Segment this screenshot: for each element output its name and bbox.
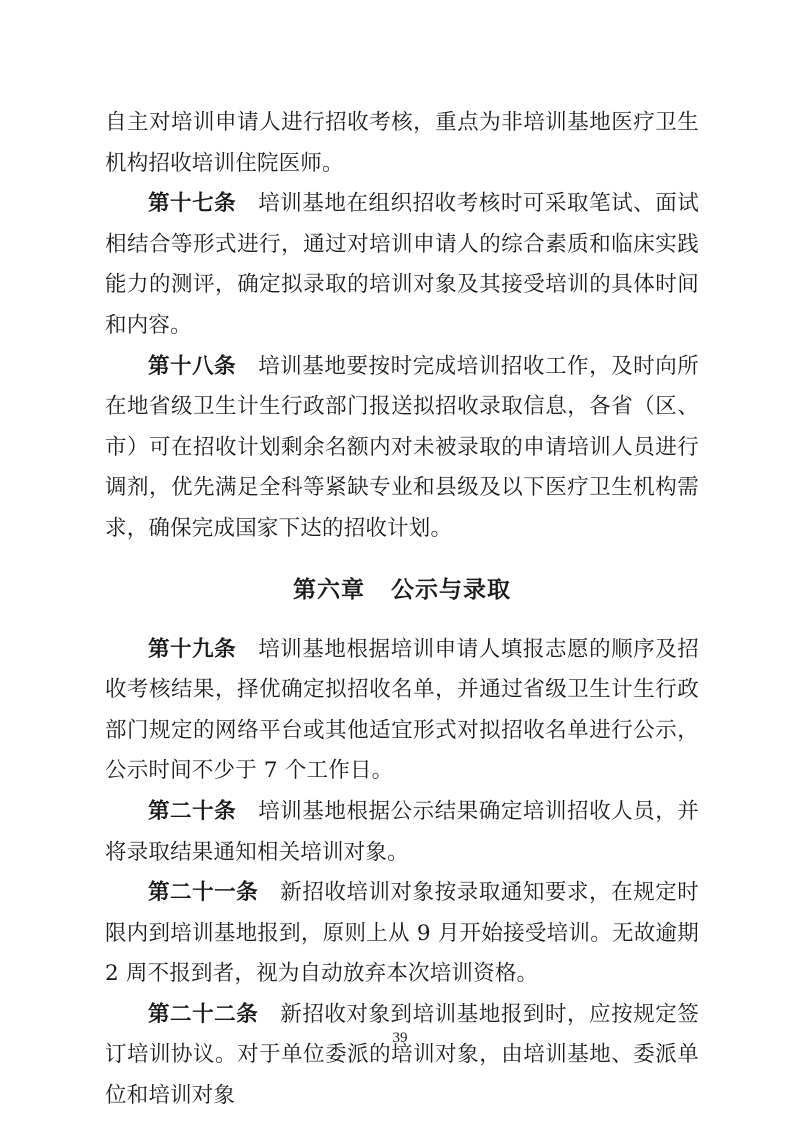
article-number: 第十八条 — [148, 354, 236, 379]
continuation-paragraph: 自主对培训申请人进行招收考核，重点为非培训基地医疗卫生机构招收培训住院医师。 — [105, 103, 699, 184]
article-number: 第二十条 — [148, 799, 236, 824]
article-text: 培训基地要按时完成培训招收工作，及时向所在地省级卫生计生行政部门报送拟招收录取信… — [105, 354, 699, 541]
article-19: 第十九条培训基地根据培训申请人填报志愿的顺序及招收考核结果，择优确定拟招收名单，… — [105, 630, 699, 792]
article-number: 第十九条 — [148, 637, 236, 662]
article-17: 第十七条培训基地在组织招收考核时可采取笔试、面试相结合等形式进行，通过对培训申请… — [105, 184, 699, 346]
chapter-heading: 第六章公示与录取 — [105, 570, 699, 610]
article-22: 第二十二条新招收对象到培训基地报到时，应按规定签订培训协议。对于单位委派的培训对… — [105, 995, 699, 1117]
article-number: 第二十一条 — [148, 880, 258, 905]
article-number: 第十七条 — [148, 191, 236, 216]
chapter-number: 第六章 — [293, 577, 365, 603]
article-18: 第十八条培训基地要按时完成培训招收工作，及时向所在地省级卫生计生行政部门报送拟招… — [105, 347, 699, 550]
chapter-title: 公示与录取 — [391, 577, 511, 603]
document-page: 自主对培训申请人进行招收考核，重点为非培训基地医疗卫生机构招收培训住院医师。 第… — [105, 103, 699, 1117]
article-number: 第二十二条 — [148, 1002, 258, 1027]
page-number: 39 — [0, 1030, 800, 1047]
article-20: 第二十条培训基地根据公示结果确定培训招收人员，并将录取结果通知相关培训对象。 — [105, 792, 699, 873]
paragraph-text: 自主对培训申请人进行招收考核，重点为非培训基地医疗卫生机构招收培训住院医师。 — [105, 110, 699, 176]
article-21: 第二十一条新招收培训对象按录取通知要求，在规定时限内到培训基地报到，原则上从 9… — [105, 873, 699, 995]
